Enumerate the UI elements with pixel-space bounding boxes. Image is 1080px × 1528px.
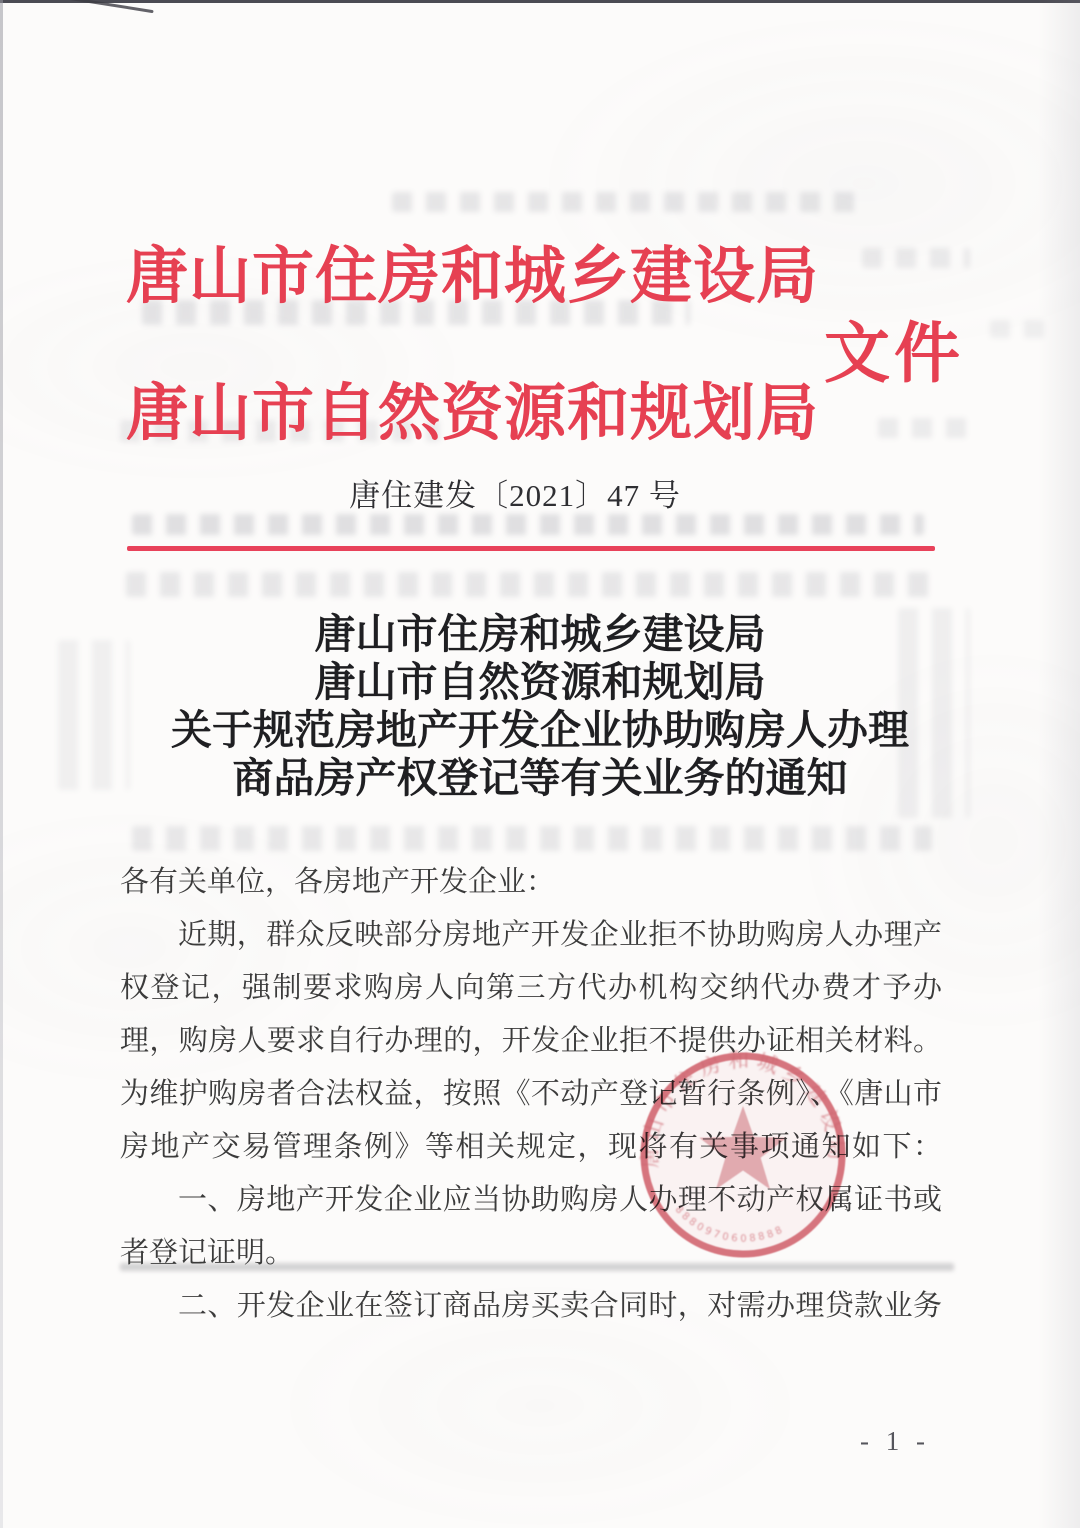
document-title: 唐山市住房和城乡建设局 唐山市自然资源和规划局 关于规范房地产开发企业协助购房人…: [0, 610, 1080, 802]
bleedthrough-artifact: [878, 418, 968, 438]
title-line: 关于规范房地产开发企业协助购房人办理: [0, 706, 1080, 754]
scanned-document-page: 唐山市住房和城乡建设局 文件 唐山市自然资源和规划局 唐住建发〔2021〕47 …: [0, 0, 1080, 1528]
letterhead-agency-2: 唐山市自然资源和规划局: [126, 363, 819, 452]
title-line: 唐山市住房和城乡建设局: [0, 610, 1080, 658]
page-number: - 1 -: [860, 1426, 930, 1457]
body-line: 权登记，强制要求购房人向第三方代办机构交纳代办费才予办: [120, 962, 942, 1015]
scan-edge-top: [0, 0, 1080, 3]
official-seal-stamp: 唐山市住房和城乡建设局 8880970608888: [636, 1050, 851, 1265]
body-salutation: 各有关单位，各房地产开发企业：: [120, 856, 942, 909]
bleedthrough-artifact: [392, 192, 862, 212]
scan-edge-left: [0, 0, 3, 1528]
body-line: 二、开发企业在签订商品房买卖合同时，对需办理贷款业务: [120, 1280, 942, 1333]
title-line: 唐山市自然资源和规划局: [0, 658, 1080, 706]
bleedthrough-artifact: [132, 514, 924, 535]
body-line: 近期，群众反映部分房地产开发企业拒不协助购房人办理产: [120, 909, 942, 962]
bleedthrough-artifact: [126, 572, 938, 597]
letterhead-agency-1: 唐山市住房和城乡建设局: [126, 226, 819, 315]
bleedthrough-artifact: [132, 826, 932, 851]
letterhead-document-mark: 文件: [824, 300, 964, 395]
title-line: 商品房产权登记等有关业务的通知: [0, 754, 1080, 802]
bleedthrough-artifact: [862, 248, 970, 268]
document-number: 唐住建发〔2021〕47 号: [0, 470, 1030, 515]
scan-edge-right: [1038, 0, 1080, 1528]
letterhead-divider-rule: [127, 546, 935, 551]
